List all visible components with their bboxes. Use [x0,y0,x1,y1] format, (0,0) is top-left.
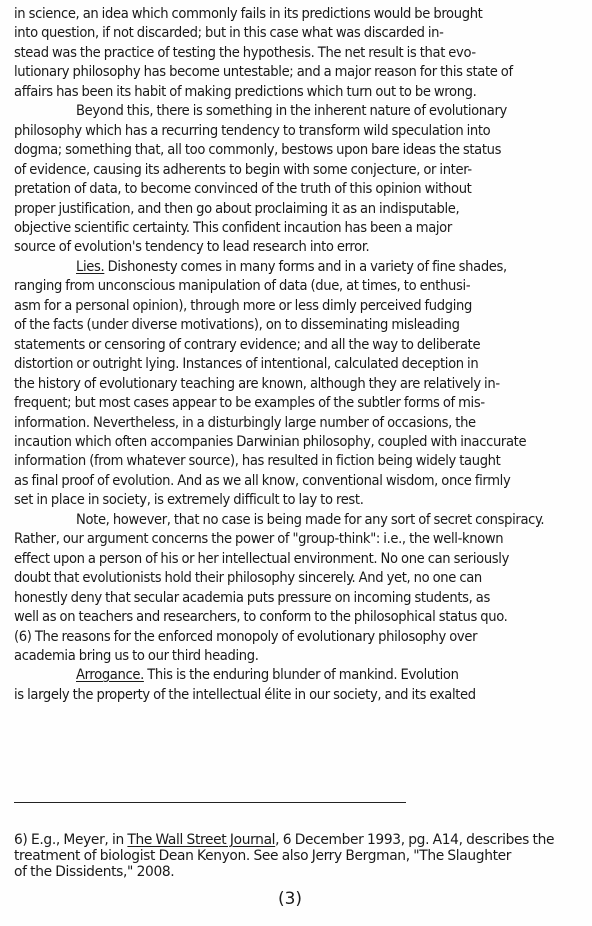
text-line: objective scientific certainty. This con… [14,218,582,237]
text-line: (6) The reasons for the enforced monopol… [14,627,582,646]
text-line: set in place in society, is extremely di… [14,490,582,509]
footnote-line: 6) E.g., Meyer, in The Wall Street Journ… [14,832,584,848]
page-number: (3) [270,888,310,910]
footnote-line: treatment of biologist Dean Kenyon. See … [14,848,584,864]
text-line: academia bring us to our third heading. [14,646,582,665]
text-line: well as on teachers and researchers, to … [14,607,582,626]
text-line: asm for a personal opinion), through mor… [14,296,582,315]
text-line: the history of evolutionary teaching are… [14,374,582,393]
text-line: of the facts (under diverse motivations)… [14,315,582,334]
text-line: effect upon a person of his or her intel… [14,549,582,568]
text-line: philosophy which has a recurring tendenc… [14,121,582,140]
arrogance-section-first-line: Arrogance. This is the enduring blunder … [14,665,582,684]
text-fragment: , 6 December 1993, pg. A14, describes th… [275,832,554,848]
text-fragment: E.g., Meyer, in [27,832,127,848]
text-line: lutionary philosophy has become untestab… [14,62,582,81]
text-line: honestly deny that secular academia puts… [14,588,582,607]
text-line: Note, however, that no case is being mad… [14,510,582,529]
text-line: information (from whatever source), has … [14,451,582,470]
lies-section-first-line: Lies. Dishonesty comes in many forms and… [14,257,582,276]
text-line: stead was the practice of testing the hy… [14,43,582,62]
section-heading-arrogance: Arrogance. [76,666,144,683]
section-heading-lies: Lies. [76,258,104,275]
text-line: affairs has been its habit of making pre… [14,82,582,101]
footnote-separator [14,802,406,803]
text-line: as final proof of evolution. And as we a… [14,471,582,490]
text-line: ranging from unconscious manipulation of… [14,276,582,295]
text-line: incaution which often accompanies Darwin… [14,432,582,451]
journal-title: The Wall Street Journal [127,832,275,848]
text-line: information. Nevertheless, in a disturbi… [14,413,582,432]
text-line: Rather, our argument concerns the power … [14,529,582,548]
body-text: in science, an idea which commonly fails… [14,4,582,704]
text-fragment: This is the enduring blunder of mankind.… [144,666,459,683]
text-line: proper justification, and then go about … [14,199,582,218]
text-line: statements or censoring of contrary evid… [14,335,582,354]
document-page: in science, an idea which commonly fails… [0,0,592,926]
text-line: of evidence, causing its adherents to be… [14,160,582,179]
text-line: in science, an idea which commonly fails… [14,4,582,23]
text-line: is largely the property of the intellect… [14,685,582,704]
text-line: into question, if not discarded; but in … [14,23,582,42]
text-fragment: Dishonesty comes in many forms and in a … [104,258,507,275]
text-line: pretation of data, to become convinced o… [14,179,582,198]
text-line: dogma; something that, all too commonly,… [14,140,582,159]
footnote-line: of the Dissidents," 2008. [14,864,584,880]
text-line: frequent; but most cases appear to be ex… [14,393,582,412]
text-line: doubt that evolutionists hold their phil… [14,568,582,587]
text-line: distortion or outright lying. Instances … [14,354,582,373]
text-line: source of evolution's tendency to lead r… [14,237,582,256]
footnote: 6) E.g., Meyer, in The Wall Street Journ… [14,832,584,880]
footnote-marker: 6) [14,832,27,848]
text-line: Beyond this, there is something in the i… [14,101,582,120]
